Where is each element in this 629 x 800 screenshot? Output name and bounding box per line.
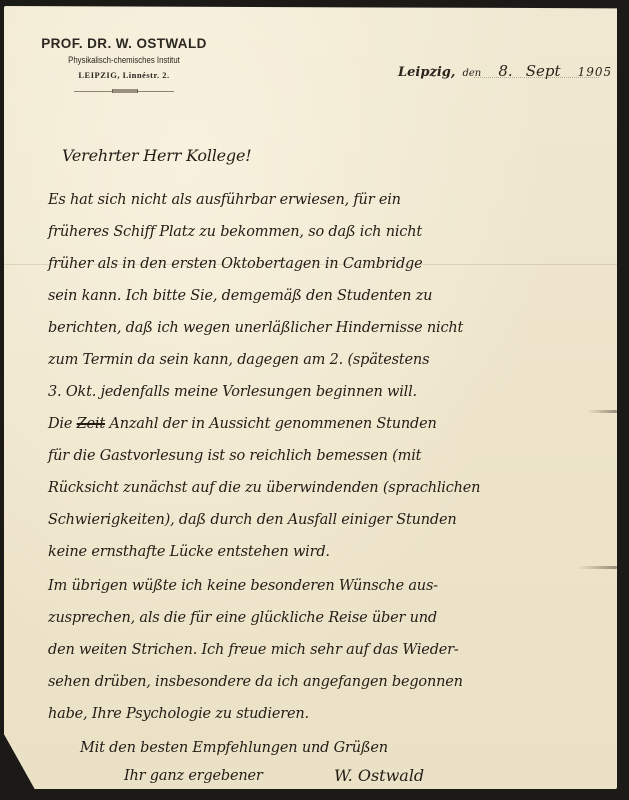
date-day: 8.	[498, 62, 512, 80]
date-month: Sept	[526, 62, 561, 80]
signature: W. Ostwald	[334, 766, 424, 785]
body-line-rest: Anzahl der in Aussicht genommenen Stunde…	[109, 416, 436, 432]
body-line: habe, Ihre Psychologie zu studieren.	[48, 706, 309, 722]
date-place: Leipzig,	[398, 65, 455, 80]
closing-line: Ihr ganz ergebener	[124, 768, 263, 784]
body-line: zusprechen, als die für eine glückliche …	[48, 610, 437, 626]
body-line: Im übrigen wüßte ich keine besonderen Wü…	[48, 578, 438, 594]
body-line: sehen drüben, insbesondere da ich angefa…	[48, 674, 463, 690]
body-line-prefix: Die	[48, 416, 72, 432]
body-line-with-strikethrough: Die Zeit Anzahl der in Aussicht genommen…	[48, 416, 437, 432]
body-line: sein kann. Ich bitte Sie, demgemäß den S…	[48, 288, 432, 304]
date-year: 1905	[578, 65, 613, 79]
body-line: Es hat sich nicht als ausführbar erwiese…	[48, 192, 401, 208]
letterhead-ornament-rule	[74, 91, 174, 92]
dateline: Leipzig, den 8. Sept 1905	[398, 61, 612, 80]
letterhead-address: LEIPZIG, Linnéstr. 2.	[24, 70, 224, 81]
paper-tear-mark	[577, 566, 617, 569]
body-line: berichten, daß ich wegen unerläßlicher H…	[48, 320, 463, 336]
body-line: Schwierigkeiten), daß durch den Ausfall …	[48, 512, 457, 528]
struck-word: Zeit	[77, 416, 105, 432]
letterhead: PROF. DR. W. OSTWALD Physikalisch-chemis…	[24, 36, 224, 92]
letterhead-institute: Physikalisch-chemisches Institut	[42, 55, 206, 67]
body-line: zum Termin da sein kann, dagegen am 2. (…	[48, 352, 429, 368]
body-line: 3. Okt. jedenfalls meine Vorlesungen beg…	[48, 384, 417, 400]
body-line: keine ernsthafte Lücke entstehen wird.	[48, 544, 330, 560]
body-line: früher als in den ersten Oktobertagen in…	[48, 256, 423, 272]
body-line: Rücksicht zunächst auf die zu überwinden…	[48, 480, 480, 496]
salutation: Verehrter Herr Kollege!	[62, 146, 251, 165]
letterhead-name: PROF. DR. W. OSTWALD	[24, 36, 224, 52]
body-line: für die Gastvorlesung ist so reichlich b…	[48, 448, 421, 464]
body-line: den weiten Strichen. Ich freue mich sehr…	[48, 642, 459, 658]
body-line: früheres Schiff Platz zu bekommen, so da…	[48, 224, 422, 240]
letter-page: PROF. DR. W. OSTWALD Physikalisch-chemis…	[4, 6, 617, 789]
closing-line: Mit den besten Empfehlungen und Grüßen	[80, 740, 388, 756]
date-den: den	[462, 68, 481, 79]
paper-tear-mark	[587, 410, 617, 413]
